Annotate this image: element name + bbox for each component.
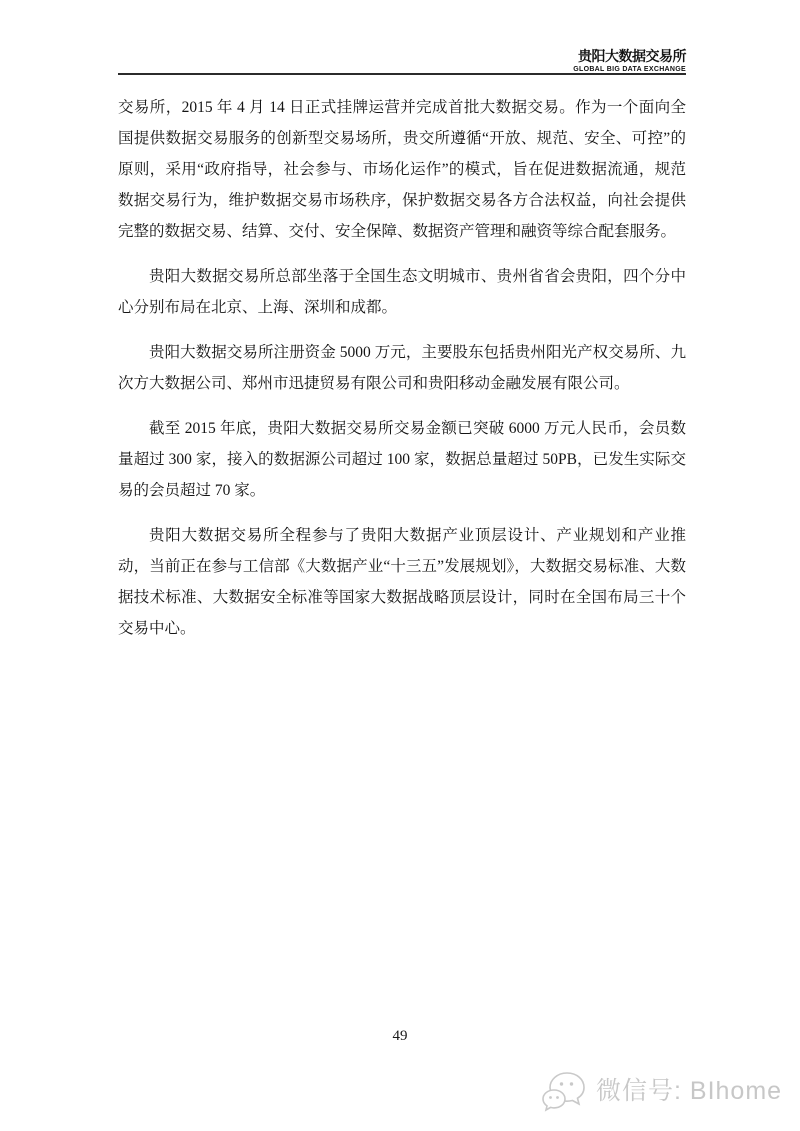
logo-title: 贵阳大数据交易所 [573, 48, 686, 65]
wechat-icon [541, 1070, 587, 1112]
watermark-text: 微信号: BIhome [596, 1071, 782, 1111]
document-body: 交易所，2015 年 4 月 14 日正式挂牌运营并完成首批大数据交易。作为一个… [118, 92, 686, 658]
watermark: 微信号: BIhome [541, 1070, 782, 1112]
document-page: 贵阳大数据交易所 GLOBAL BIG DATA EXCHANGE 交易所，20… [0, 0, 800, 1131]
paragraph-2: 贵阳大数据交易所总部坐落于全国生态文明城市、贵州省省会贵阳，四个分中心分别布局在… [118, 261, 686, 323]
header-logo: 贵阳大数据交易所 GLOBAL BIG DATA EXCHANGE [573, 48, 686, 74]
paragraph-5: 贵阳大数据交易所全程参与了贵阳大数据产业顶层设计、产业规划和产业推动，当前正在参… [118, 520, 686, 644]
paragraph-1: 交易所，2015 年 4 月 14 日正式挂牌运营并完成首批大数据交易。作为一个… [118, 92, 686, 247]
header-rule [118, 73, 686, 75]
page-number: 49 [0, 1028, 800, 1045]
paragraph-4: 截至 2015 年底，贵阳大数据交易所交易金额已突破 6000 万元人民币，会员… [118, 413, 686, 506]
paragraph-3: 贵阳大数据交易所注册资金 5000 万元，主要股东包括贵州阳光产权交易所、九次方… [118, 337, 686, 399]
